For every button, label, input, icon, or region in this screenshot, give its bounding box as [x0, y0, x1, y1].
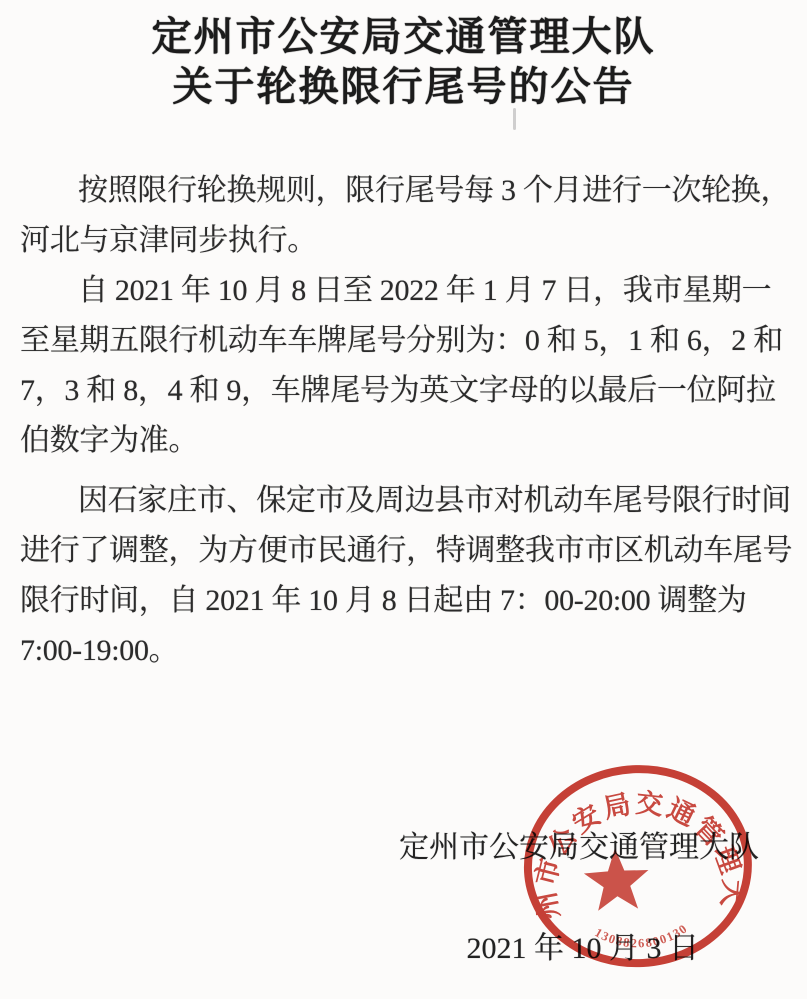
- document-body: 按照限行轮换规则，限行尾号每 3 个月进行一次轮换， 河北与京津同步执行。 自 …: [20, 166, 791, 676]
- paragraph-2: 自 2021 年 10 月 8 日至 2022 年 1 月 7 日，我市星期一 …: [20, 266, 791, 466]
- paragraph-line: 至星期五限行机动车车牌尾号分别为：0 和 5，1 和 6，2 和: [20, 316, 791, 366]
- paragraph-3: 因石家庄市、保定市及周边县市对机动车尾号限行时间 进行了调整，为方便市民通行，特…: [20, 476, 791, 676]
- scan-artifact: [513, 108, 516, 130]
- paragraph-line: 河北与京津同步执行。: [20, 216, 791, 266]
- document-page: 定州市公安局交通管理大队 关于轮换限行尾号的公告 按照限行轮换规则，限行尾号每 …: [0, 0, 807, 999]
- seal-star-icon: [583, 847, 651, 912]
- seal-serial-element: 1308826800130: [592, 921, 692, 953]
- title-line-1: 定州市公安局交通管理大队: [0, 12, 807, 62]
- paragraph-line: 伯数字为准。: [20, 416, 791, 466]
- paragraph-line: 限行时间，自 2021 年 10 月 8 日起由 7：00-20:00 调整为: [20, 576, 791, 626]
- official-seal-stamp: 定州市公安局交通管理大队 1308826800130: [516, 755, 765, 981]
- paragraph-line: 按照限行轮换规则，限行尾号每 3 个月进行一次轮换，: [20, 166, 791, 216]
- paragraph-1: 按照限行轮换规则，限行尾号每 3 个月进行一次轮换， 河北与京津同步执行。: [20, 166, 791, 266]
- seal-serial-number: 1308826800130: [592, 921, 692, 953]
- title-line-2: 关于轮换限行尾号的公告: [0, 62, 807, 112]
- paragraph-line: 自 2021 年 10 月 8 日至 2022 年 1 月 7 日，我市星期一: [20, 266, 791, 316]
- paragraph-line: 7:00-19:00。: [20, 626, 791, 676]
- paragraph-line: 因石家庄市、保定市及周边县市对机动车尾号限行时间: [20, 476, 791, 526]
- paragraph-line: 7，3 和 8，4 和 9，车牌尾号为英文字母的以最后一位阿拉: [20, 366, 791, 416]
- paragraph-line: 进行了调整，为方便市民通行，特调整我市市区机动车尾号: [20, 526, 791, 576]
- document-title: 定州市公安局交通管理大队 关于轮换限行尾号的公告: [0, 12, 807, 112]
